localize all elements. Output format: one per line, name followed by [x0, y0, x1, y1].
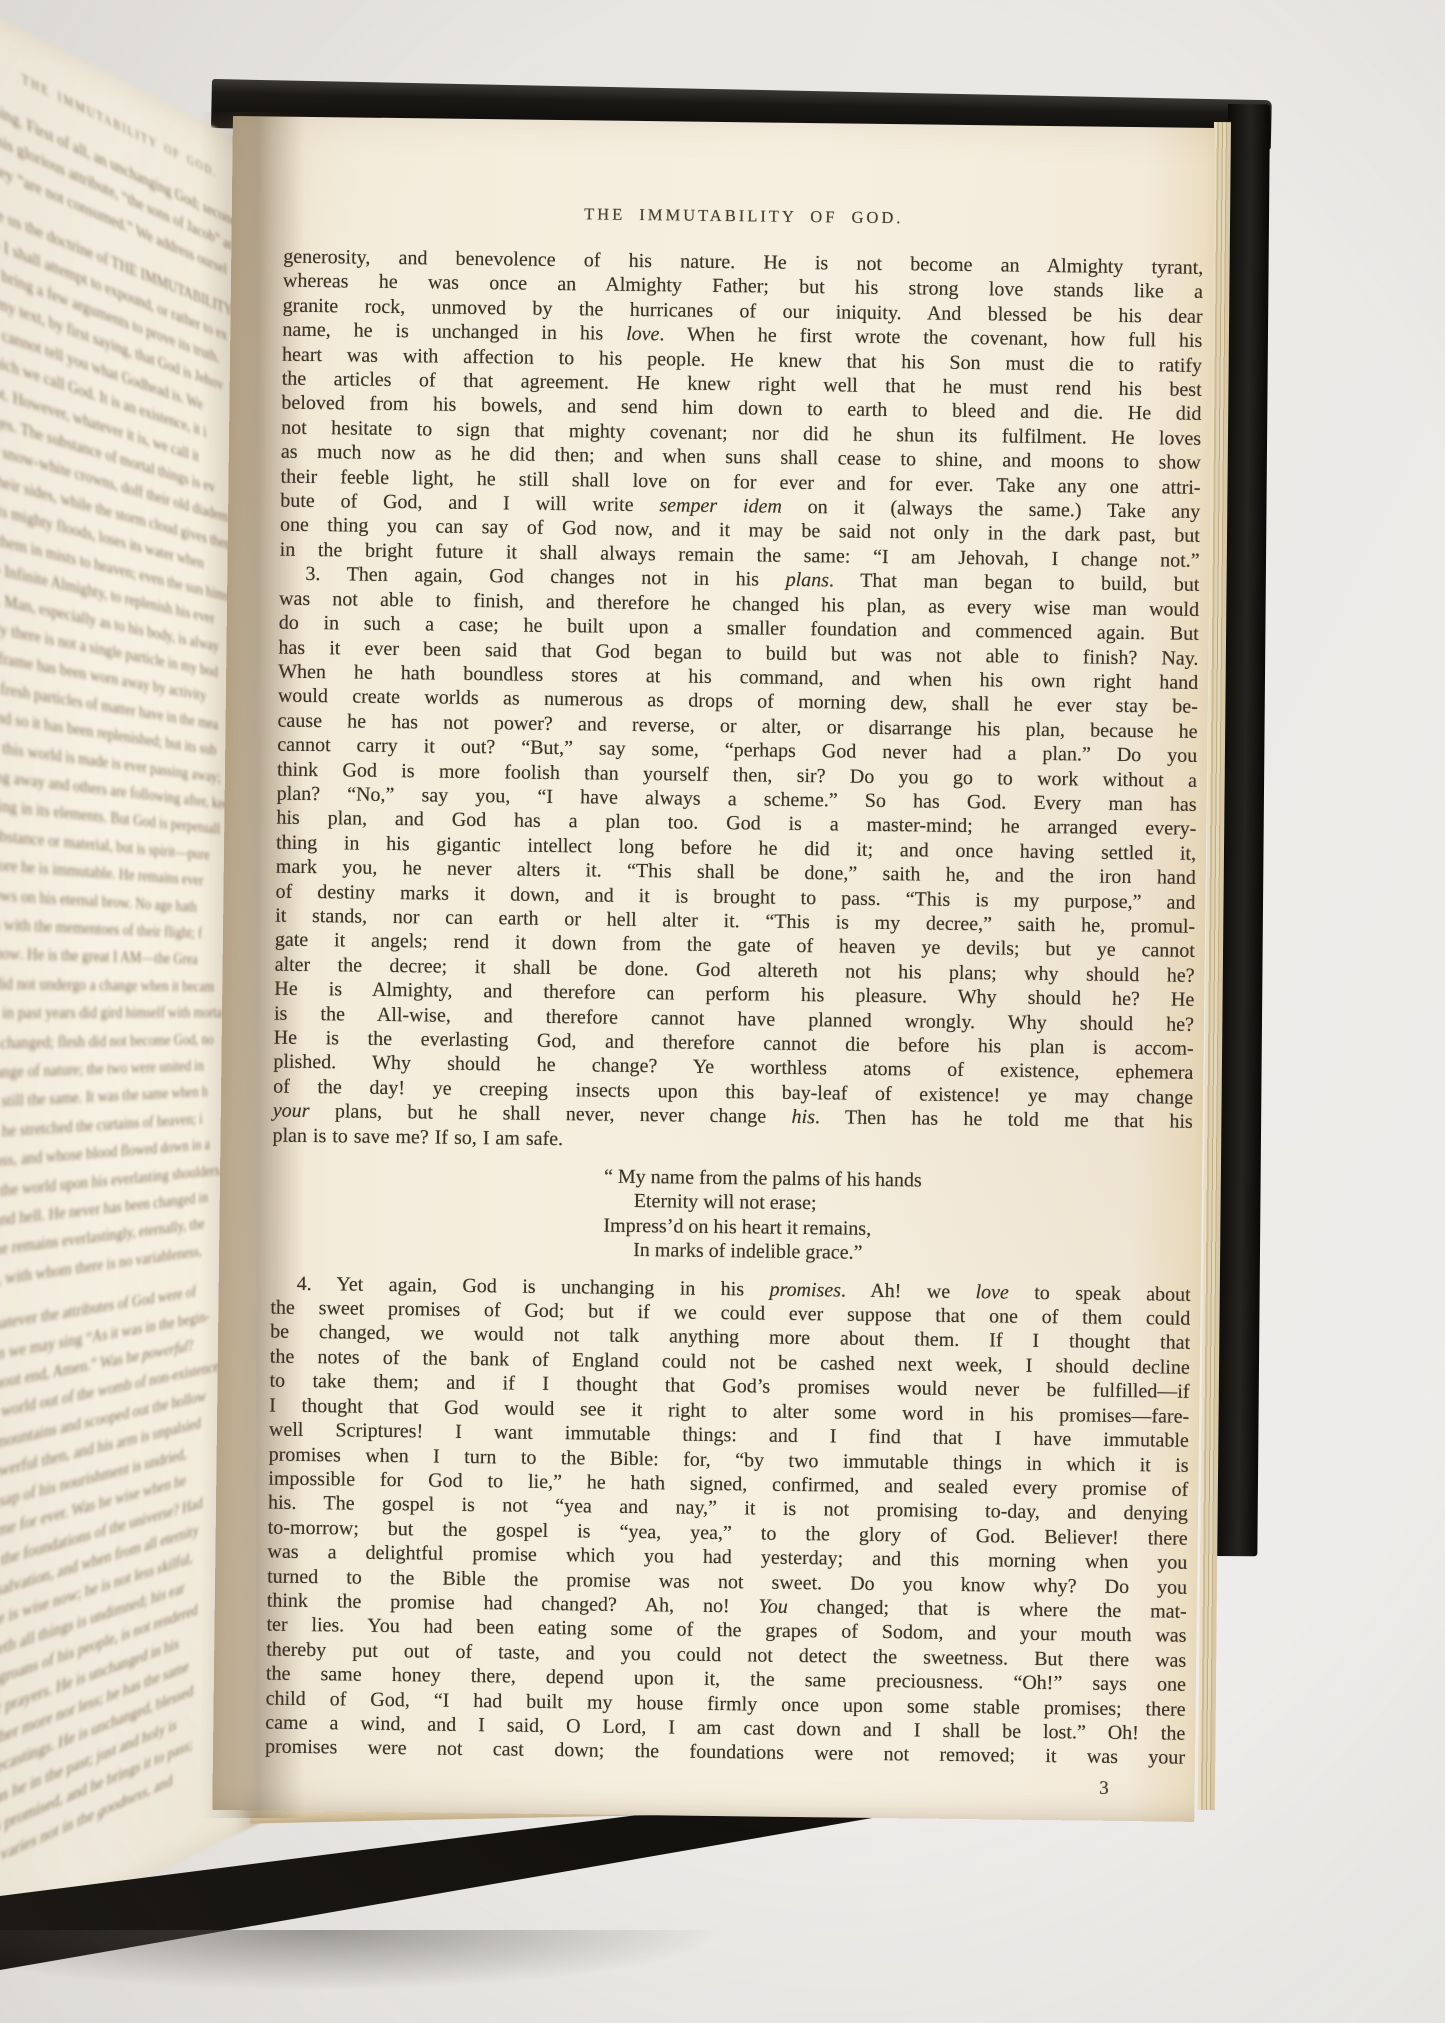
right-running-header: THE IMMUTABILITY OF GOD. [284, 201, 1204, 232]
text-line: ssence did not undergo a change when it … [0, 969, 259, 1001]
book-photo: THE IMMUTABILITY OF GOD. s morning. Firs… [0, 0, 1445, 2023]
right-page-text: generosity, and benevolence of his natur… [265, 245, 1203, 1771]
verse-quotation: “ My name from the palms of his handsEte… [603, 1165, 922, 1266]
verse-line: In marks of indelible grace.” [603, 1238, 921, 1266]
page-number: 3 [265, 1767, 1185, 1800]
right-page: THE IMMUTABILITY OF GOD. generosity, and… [212, 116, 1215, 1822]
verse-line: Eternity will not erase; [604, 1189, 922, 1217]
right-page-content: THE IMMUTABILITY OF GOD. generosity, and… [213, 116, 1215, 1801]
book-shadow [0, 1930, 900, 2010]
text-line: n Christ in past years did gird himself … [0, 1000, 259, 1030]
